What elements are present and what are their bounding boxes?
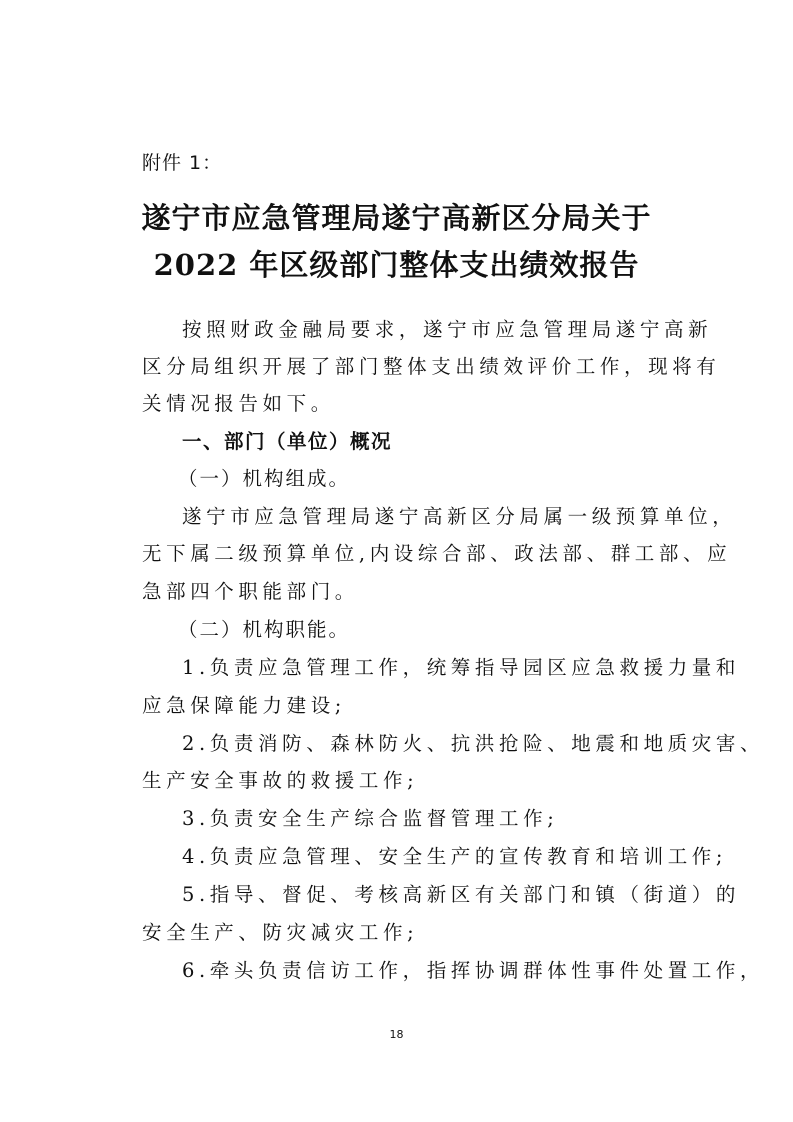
list-item-5-cont: 安全生产、防灾减灾工作; bbox=[142, 921, 418, 945]
paragraph-line: 遂宁市应急管理局遂宁高新区分局属一级预算单位， bbox=[182, 505, 736, 529]
list-item-6: 6.牵头负责信访工作，指挥协调群体性事件处置工作， bbox=[182, 959, 764, 983]
list-item-2: 2.负责消防、森林防火、抗洪抢险、地震和地质灾害、 bbox=[182, 732, 764, 756]
list-item-1: 1.负责应急管理工作，统筹指导园区应急救援力量和 bbox=[182, 656, 740, 680]
intro-line-2: 区分局组织开展了部门整体支出绩效评价工作，现将有 bbox=[142, 355, 720, 379]
section-heading: 一、部门（单位）概况 bbox=[182, 430, 392, 454]
intro-line-1: 按照财政金融局要求，遂宁市应急管理局遂宁高新 bbox=[182, 318, 712, 342]
page-number: 18 bbox=[0, 1028, 793, 1041]
intro-line-3: 关情况报告如下。 bbox=[142, 392, 335, 416]
attachment-label: 附件 1： bbox=[142, 148, 222, 175]
list-item-4: 4.负责应急管理、安全生产的宣传教育和培训工作; bbox=[182, 845, 727, 869]
paragraph-line: 急部四个职能部门。 bbox=[142, 580, 359, 604]
document-title-line-2: 2022 年区级部门整体支出绩效报告 bbox=[0, 243, 793, 284]
subsection-heading-2: （二）机构职能。 bbox=[178, 618, 350, 642]
list-item-3: 3.负责安全生产综合监督管理工作; bbox=[182, 807, 558, 831]
subsection-heading-1: （一）机构组成。 bbox=[178, 467, 350, 491]
list-item-2-cont: 生产安全事故的救援工作; bbox=[142, 769, 418, 793]
list-item-1-cont: 应急保障能力建设; bbox=[142, 694, 346, 718]
list-item-5: 5.指导、督促、考核高新区有关部门和镇（街道）的 bbox=[182, 883, 740, 907]
paragraph-line: 无下属二级预算单位,内设综合部、政法部、群工部、应 bbox=[142, 542, 731, 566]
document-page: 附件 1： 遂宁市应急管理局遂宁高新区分局关于 2022 年区级部门整体支出绩效… bbox=[0, 0, 793, 1122]
document-title-line-1: 遂宁市应急管理局遂宁高新区分局关于 bbox=[0, 196, 793, 237]
